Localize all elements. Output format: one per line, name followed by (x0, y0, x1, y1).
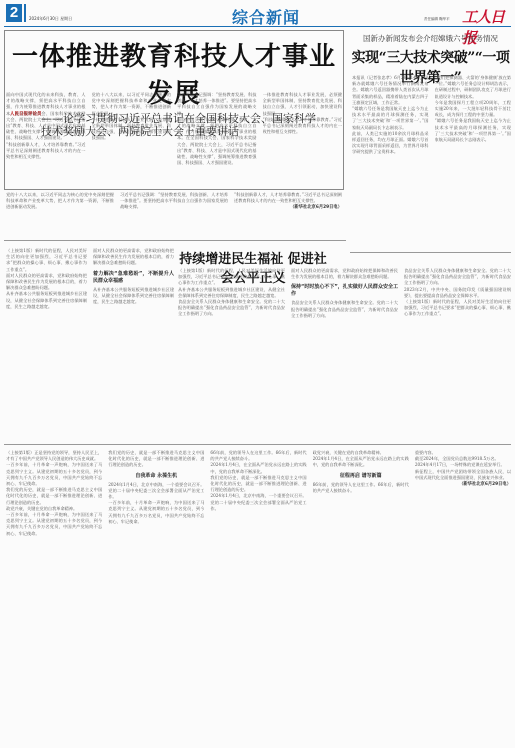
lead-body: 面向中国式现代化的未来科技，教育、人才的战略支撑，须把高水平科技自立自强，作为统… (6, 92, 342, 186)
lead-col-4: 一体推进教育科技人才事业发展，必须健全新型举国体制，坚持教育优先发展、科技自立自… (263, 92, 343, 186)
issue-date: 2024年6月30日 星期日 (29, 16, 72, 22)
page-number-bar (24, 4, 26, 22)
middle-subhead-2: 保持“时时放心不下”，扎实做好人民群众安全工作 (291, 283, 398, 297)
lead-cont-col-1: 党的十八大以来，以习近平同志为核心的党中央深刻把握科技革命和产业变革大势，把人才… (6, 192, 114, 234)
side-body: 本报讯（记者张忠孝）6月28日14时，国新办就嫦娥六号任务情况举行新闻发布会。嫦… (352, 75, 511, 250)
section-title: 综合新闻 (232, 5, 300, 28)
lead-cont-col-3: “科技创新靠人才，人才培养靠教育。”习近平总书记深刻阐述教育科技人才的内在一致性… (234, 192, 342, 234)
side-kicker: 国新办新闻发布会介绍嫦娥六号任务情况 (350, 33, 511, 44)
divider (4, 444, 511, 445)
lower-col-5: 重要内容。截至2024年，全国党员总数达9918.5万名。2024年4月17日，… (415, 450, 511, 744)
lead-col-1: 面向中国式现代化的未来科技，教育、人才的战略支撑，须把高水平科技自立自强，作为统… (6, 92, 86, 186)
lead-col-2: 党的十八大以来，以习近平同志为核心的党中央深刻把握科技革命和产业变革大势，把人才… (92, 92, 172, 186)
side-col-2: “我们把探测器、火箭的‘身体健康’放在第一位。”嫦娥六号任务总设计师胡浩表示，在… (435, 75, 512, 250)
editor-credit: 责任编辑 鞠华平 (424, 17, 450, 22)
lower-col-3: 66年前，党的领导人在这里工作。66年后，新时代的共产党人接续奋斗。2024年1… (210, 450, 306, 744)
lower-col-1: （上接第1版）正是坚持党的领导，坚持人民至上，才有了中国共产党领导人民创造的伟大… (6, 450, 102, 744)
divider (4, 240, 346, 241)
side-col-1: 本报讯（记者张忠孝）6月28日14时，国新办就嫦娥六号任务情况举行新闻发布会。嫦… (352, 75, 429, 250)
lead-dateline: （新华社北京6月29日电） (234, 204, 342, 210)
lead-continued: 党的十八大以来，以习近平同志为核心的党中央深刻把握科技革命和产业变革大势，把人才… (6, 192, 342, 234)
page-number: 2 (6, 4, 22, 22)
lead-cont-col-2: 习近平总书记强调：“坚持教育发展、科技创新、人才培养一体推进”。要坚持把高水平科… (120, 192, 228, 234)
lower-col-4: 政党兴衰，关键在党的自我革命精神。2024年1月4日，在全面从严治党永远在路上的… (313, 450, 409, 744)
lower-subhead-2: 征程再启 谱写新篇 (313, 472, 409, 479)
masthead: 2 2024年6月30日 星期日 综合新闻 责任编辑 鞠华平 工人日报 (4, 3, 511, 27)
middle-left-body: （上接第1版）新时代的征程，人民对美好生活的向往更加强烈，习近平总书记要求“把群… (6, 248, 174, 438)
lower-dateline: （新华社北京6月29日电） (415, 481, 511, 487)
lower-subhead-1: 自我革命 永葆生机 (108, 472, 204, 479)
middle-subhead-1: 着力解决“急难愁盼”，不断提升人民群众幸福感 (93, 270, 174, 284)
middle-col-2: 面对人民群众的更高需求，党和政府始终把保障和改善民生作为发展的根本目的，着力解决… (93, 248, 174, 438)
middle-right-body: （上接第1版）新时代的征程，人民对美好生活的向往更加强烈，习近平总书记要求“把群… (178, 268, 511, 438)
lead-col-3: 习近平总书记强调：“坚持教育发展、科技创新、人才培养一体推进”。要坚持把高水平科… (177, 92, 257, 186)
lower-col-2: 我们党的历史，就是一部不断推进马克思主义中国化时代化的历史，就是一部不断推进理论… (108, 450, 204, 744)
newspaper-page: 2 2024年6月30日 星期日 综合新闻 责任编辑 鞠华平 工人日报 一体推进… (0, 0, 515, 748)
middle-col-4: 面对人民群众的更高需求，党和政府始终把保障和改善民生作为发展的根本目的，着力解决… (291, 268, 398, 438)
middle-col-3: （上接第1版）新时代的征程，人民对美好生活的向往更加强烈，习近平总书记要求“把群… (178, 268, 285, 438)
lower-article: （上接第1版）正是坚持党的领导，坚持人民至上，才有了中国共产党领导人民创造的伟大… (6, 450, 511, 744)
divider (350, 252, 511, 253)
middle-col-5: 食品安全关系人民群众身体健康和生命安全。党的二十大报告明确提出“强化食品药品安全… (404, 268, 511, 438)
middle-col-1: （上接第1版）新时代的征程，人民对美好生活的向往更加强烈，习近平总书记要求“把群… (6, 248, 87, 438)
